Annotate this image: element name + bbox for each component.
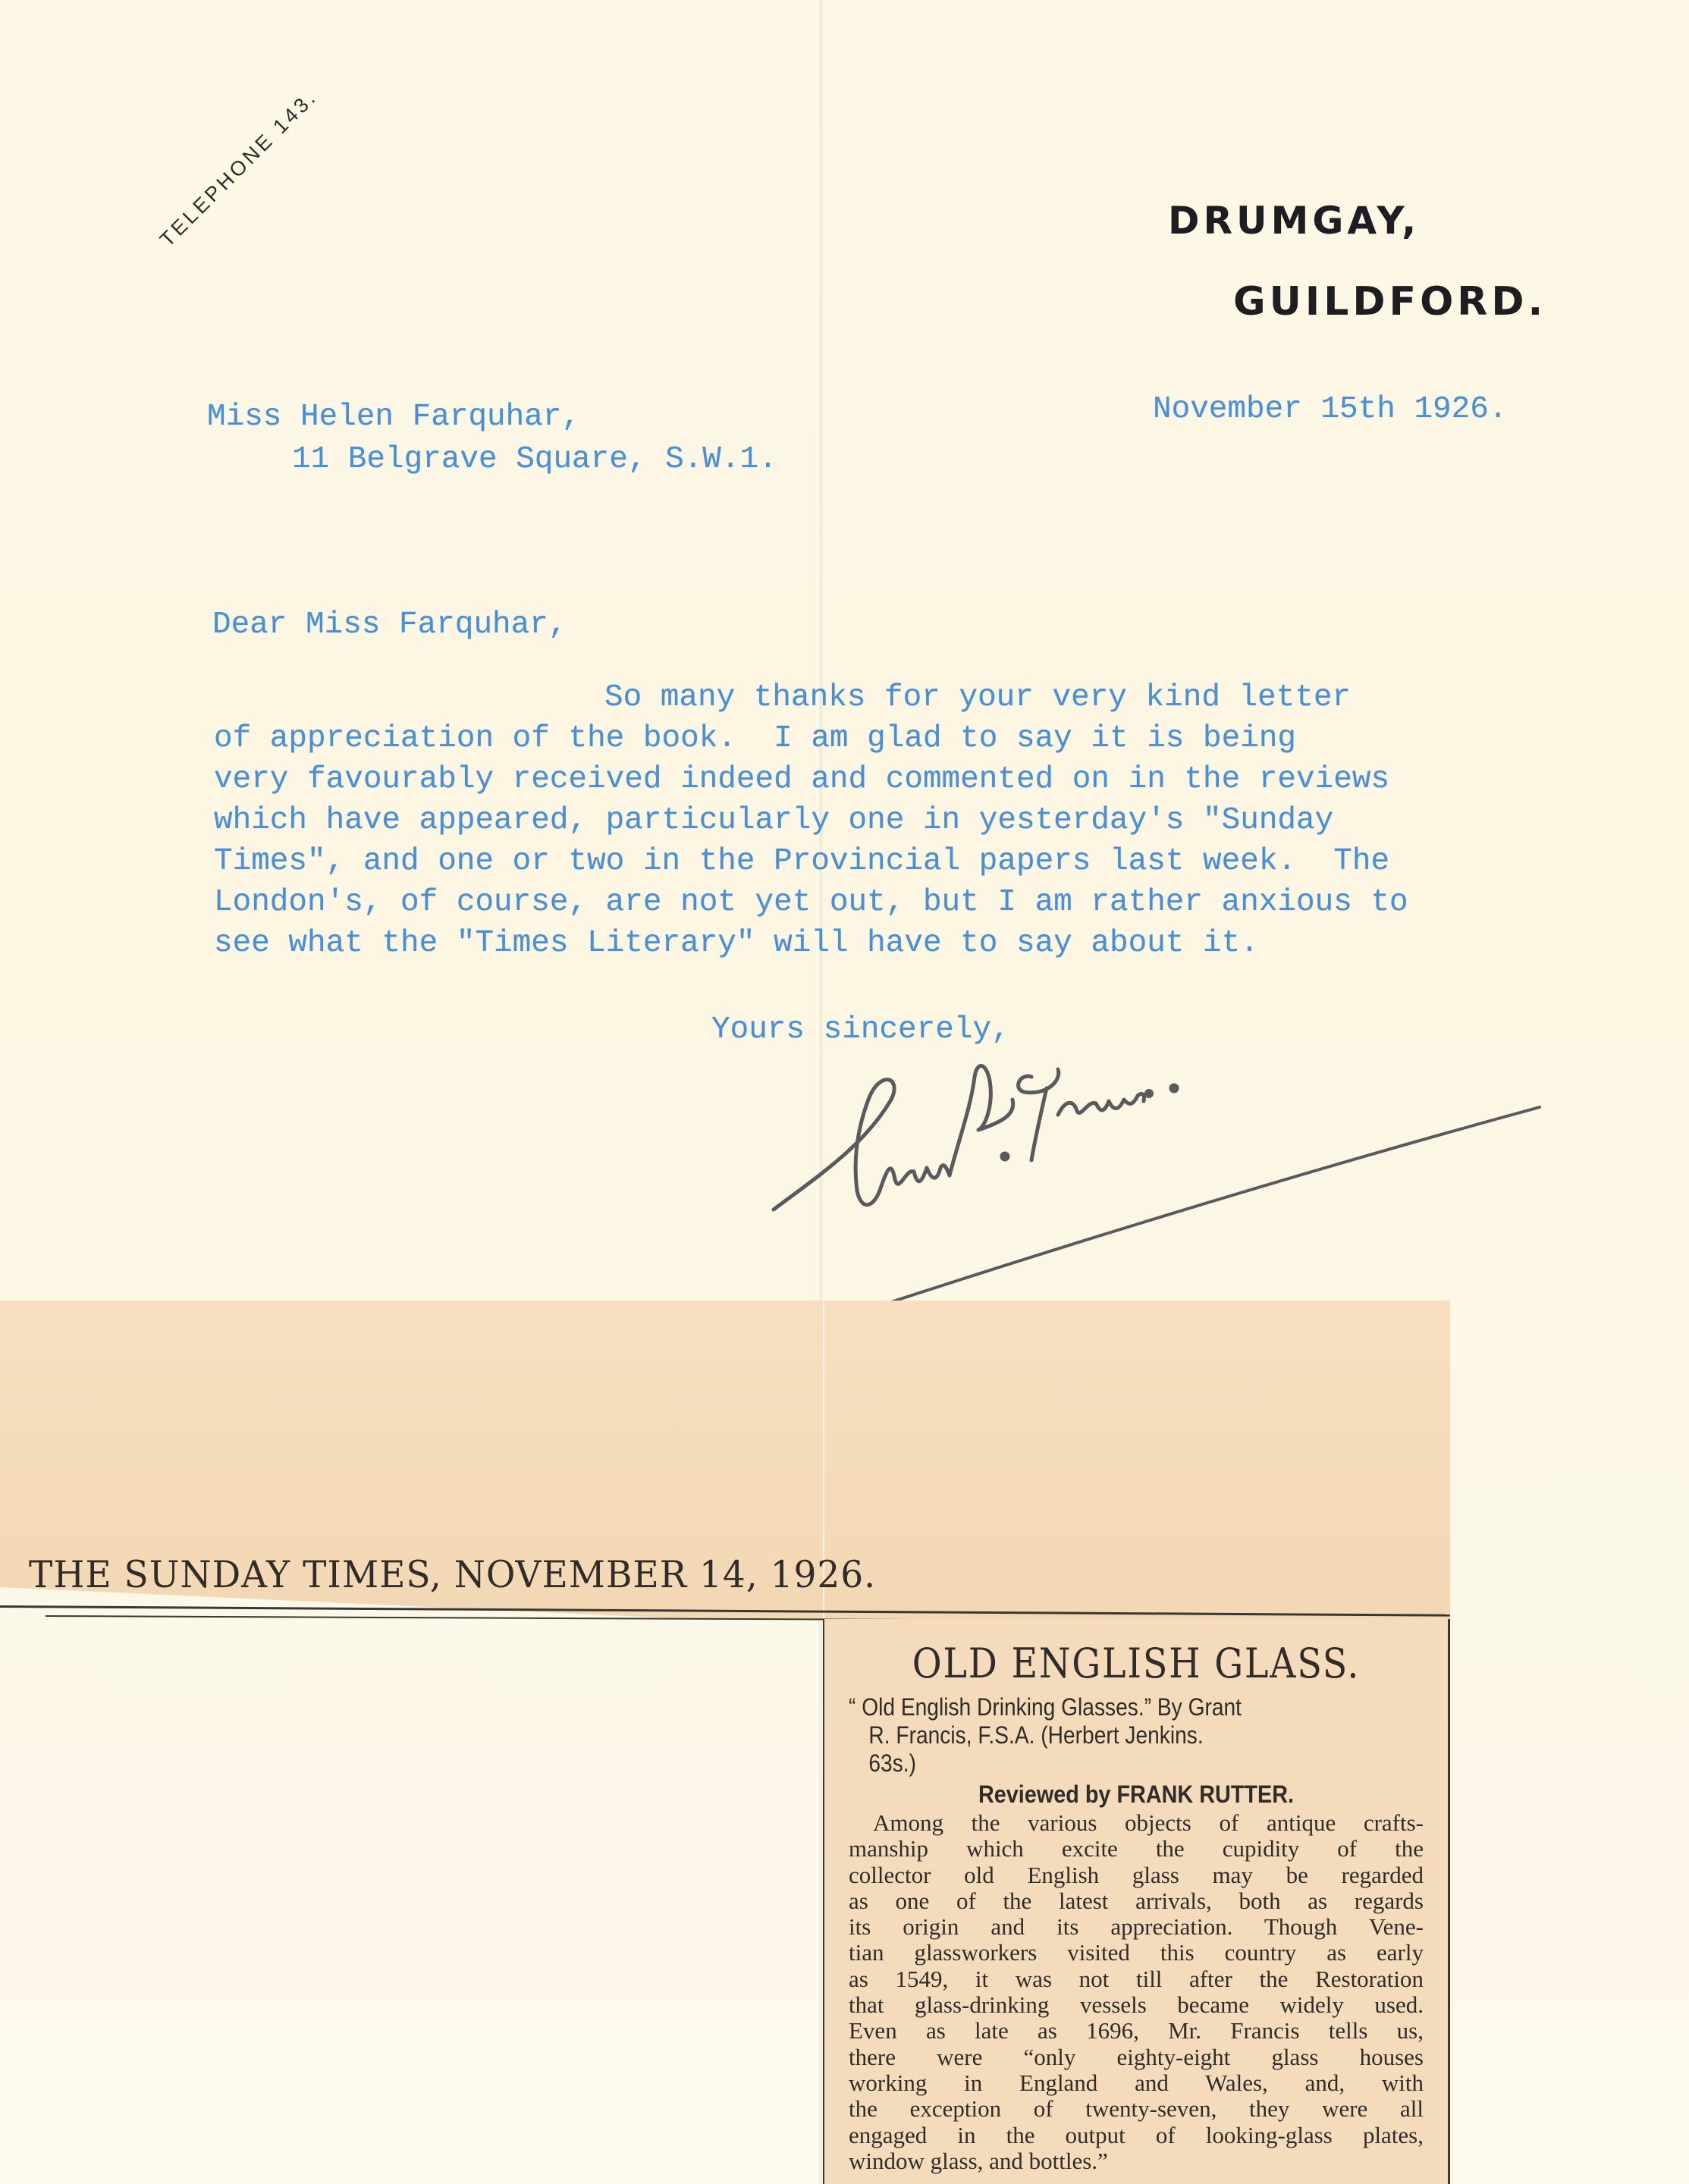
review-body-line: its origin and its appreciation. Though …: [849, 1914, 1424, 1940]
book-citation-line: “ Old English Drinking Glasses.” By Gran…: [849, 1693, 1242, 1721]
letter-date: November 15th 1926.: [1153, 388, 1507, 431]
review-body-line: window glass, and bottles.”: [849, 2148, 1424, 2174]
review-body-line: Even as late as 1696, Mr. Francis tells …: [849, 2018, 1424, 2044]
handwritten-signature: Grant R. Francis.: [758, 1046, 1562, 1319]
closing: Yours sincerely,: [711, 1009, 1010, 1051]
review-body-line: working in England and Wales, and, with: [849, 2070, 1424, 2096]
letter-body-line: see what the "Times Literary" will have …: [214, 922, 1259, 965]
letter-body-line: of appreciation of the book. I am glad t…: [214, 717, 1296, 760]
review-body-line: tian glassworkers visited this country a…: [849, 1940, 1424, 1966]
review-body-line: there were “only eighty-eight glass hous…: [849, 2044, 1424, 2070]
review-column: OLD ENGLISH GLASS. “ Old English Drinkin…: [823, 1619, 1450, 2184]
letter-body-line: Times", and one or two in the Provincial…: [214, 840, 1389, 883]
letter-body-line: very favourably received indeed and comm…: [214, 758, 1389, 801]
recipient-address: 11 Belgrave Square, S.W.1.: [292, 438, 777, 481]
letter-body-line: which have appeared, particularly one in…: [214, 799, 1333, 842]
newspaper-masthead: THE SUNDAY TIMES, NOVEMBER 14, 1926.: [29, 1553, 876, 1596]
book-citation-line: 63s.): [849, 1749, 1421, 1778]
review-body-line: collector old English glass may be regar…: [849, 1862, 1424, 1888]
review-headline: OLD ENGLISH GLASS.: [883, 1640, 1389, 1687]
review-body-line: that glass-drinking vessels became widel…: [849, 1992, 1424, 2018]
letterhead-address-line2: GUILDFORD.: [1233, 279, 1546, 325]
book-citation: “ Old English Drinking Glasses.” By Gran…: [849, 1693, 1421, 1778]
reviewer-byline: Reviewed by FRANK RUTTER.: [877, 1781, 1395, 1809]
letter-body-line: London's, of course, are not yet out, bu…: [214, 881, 1408, 924]
letterhead-address-line1: DRUMGAY,: [1168, 199, 1420, 243]
review-body-line: the exception of twenty-seven, they were…: [849, 2096, 1424, 2122]
recipient-name: Miss Helen Farquhar,: [207, 396, 580, 438]
letter-body-line: So many thanks for your very kind letter: [604, 676, 1351, 719]
book-citation-line: R. Francis, F.S.A. (Herbert Jenkins.: [849, 1721, 1421, 1749]
review-body-line: as one of the latest arrivals, both as r…: [849, 1888, 1424, 1914]
review-body-line: engaged in the output of looking-glass p…: [849, 2123, 1424, 2148]
review-body-line: Among the various objects of antique cra…: [849, 1810, 1424, 1836]
review-body-line: as 1549, it was not till after the Resto…: [849, 1966, 1424, 1992]
salutation: Dear Miss Farquhar,: [212, 604, 567, 646]
review-body: Among the various objects of antique cra…: [849, 1810, 1424, 2174]
review-body-line: manship which excite the cupidity of the: [849, 1836, 1424, 1862]
